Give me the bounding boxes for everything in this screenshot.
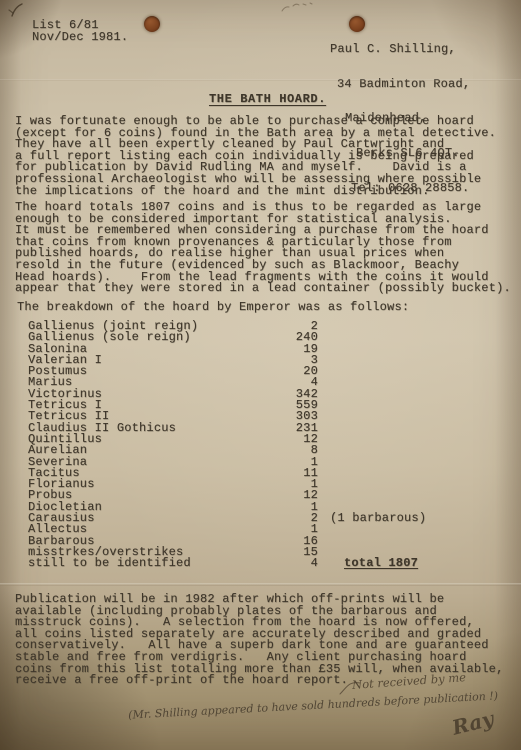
total-label: total 1807 [344, 558, 418, 569]
handwritten-note-sold: (Mr. Shilling appeared to have sold hund… [128, 689, 498, 721]
fold-crease [0, 79, 521, 81]
sender-name: Paul C. Shilling, [330, 44, 470, 55]
table-row: Aurelian8 [28, 445, 514, 456]
list-date: Nov/Dec 1981. [32, 30, 128, 44]
table-row: Allectus1 [28, 524, 514, 535]
punch-hole [349, 16, 365, 32]
paragraph-introduction: I was fortunate enough to be able to pur… [15, 116, 496, 197]
corner-ink-scribble-icon [12, 4, 22, 16]
table-row: Postumus20 [28, 366, 514, 377]
list-reference: List 6/81 Nov/Dec 1981. [32, 20, 128, 43]
table-row: Tacitus11 [28, 468, 514, 479]
corner-ink-scribble-icon [9, 10, 13, 13]
table-row: Florianus1 [28, 479, 514, 490]
paragraph-hoard-details: The hoard totals 1807 coins and is thus … [15, 202, 511, 295]
document-page: List 6/81 Nov/Dec 1981. Paul C. Shilling… [0, 0, 521, 750]
breakdown-intro: The breakdown of the hoard by Emperor wa… [17, 302, 409, 314]
table-row: Carausius2(1 barbarous) [28, 513, 514, 524]
punch-hole [144, 16, 160, 32]
emperor-name: still to be identified [28, 558, 270, 569]
emperor-breakdown-table: Gallienus (joint reign)2 Gallienus (sole… [28, 321, 514, 570]
table-row: Valerian I3 [28, 355, 514, 366]
table-row: Diocletian1 [28, 502, 514, 513]
table-row: Quintillus12 [28, 434, 514, 445]
row-note: (1 barbarous) [330, 513, 426, 524]
table-row-total: still to be identified4total 1807 [28, 558, 514, 569]
coin-count: 4 [270, 558, 318, 569]
handwritten-signature: Ray [450, 706, 496, 739]
page-title: THE BATH HOARD. [0, 94, 521, 106]
fold-crease [0, 583, 521, 586]
table-row: Severina1 [28, 457, 514, 468]
table-row: Gallienus (sole reign)240 [28, 332, 514, 343]
pencil-scribble-icon [282, 3, 312, 11]
